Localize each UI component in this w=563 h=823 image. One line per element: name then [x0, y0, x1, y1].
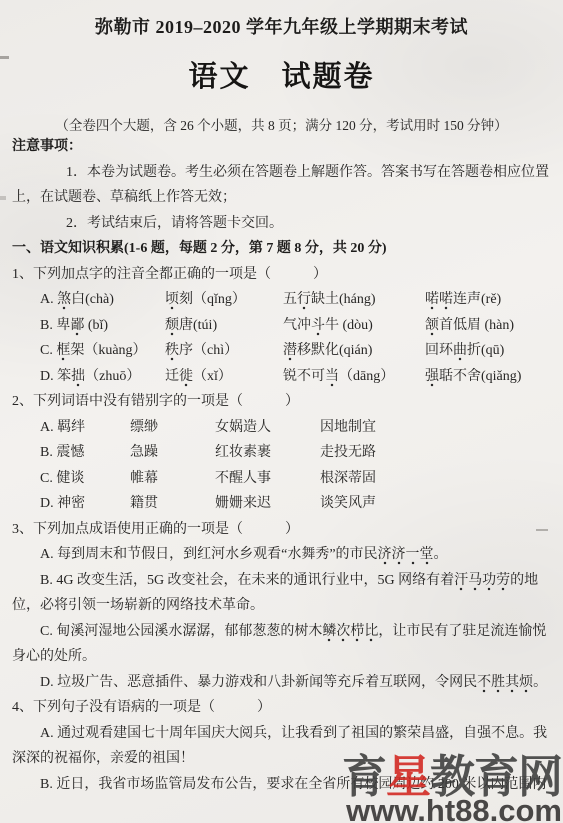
exam-paper-page: 弥勒市 2019–2020 学年九年级上学期期末考试 语文 试题卷 （全卷四个大… — [0, 0, 563, 823]
option-cell: 女娲造人 — [215, 415, 320, 441]
watermark-url: www.ht88.com — [342, 795, 562, 823]
q1-option-row-a: A. 煞白(chà) 顷刻（qǐng） 五行缺土(háng) 喏喏连声(rě) — [12, 287, 551, 313]
q3-option-c: C. 甸溪河湿地公园溪水潺潺，郁郁葱葱的树木鳞次栉比，让市民有了驻足流连愉悦身心… — [12, 619, 551, 670]
exam-title: 弥勒市 2019–2020 学年九年级上学期期末考试 — [0, 0, 563, 39]
option-cell: 根深蒂固 — [320, 466, 551, 492]
option-cell: 不醒人事 — [215, 466, 320, 492]
paper-body: 注意事项： 1．本卷为试题卷。考生必须在答题卷上解题作答。答案书写在答题卷相应位… — [0, 134, 563, 797]
q3-option-d: D. 垃圾广告、恶意插件、暴力游戏和八卦新闻等充斥着互联网，令网民不胜其烦。 — [12, 670, 551, 696]
option-cell: A. 煞白(chà) — [40, 287, 165, 313]
option-cell: 帷幕 — [130, 466, 215, 492]
option-cell: 喏喏连声(rě) — [425, 287, 551, 313]
q2-option-row-b: B. 震憾 急躁 红妆素裹 走投无路 — [12, 440, 551, 466]
exam-info-line: （全卷四个大题，含 26 个小题，共 8 页；满分 120 分，考试用时 150… — [0, 114, 563, 134]
option-cell: 强聒不舍(qiǎng) — [425, 364, 551, 390]
scan-artifact — [0, 196, 6, 200]
option-cell: 气冲斗牛 (dòu) — [283, 313, 425, 339]
paper-title: 语文 试题卷 — [0, 54, 563, 95]
option-cell: 缥缈 — [130, 415, 215, 441]
notice-heading: 注意事项： — [12, 134, 551, 160]
option-cell: 颓唐(túi) — [165, 313, 283, 339]
option-cell: 姗姗来迟 — [215, 491, 320, 517]
q2-option-row-c: C. 健谈 帷幕 不醒人事 根深蒂固 — [12, 466, 551, 492]
option-cell: 秩序（chì） — [165, 338, 283, 364]
notice-item-2: 2．考试结束后，请将答题卡交回。 — [12, 211, 551, 237]
scan-artifact — [0, 56, 9, 59]
q2-option-row-a: A. 羁绊 缥缈 女娲造人 因地制宜 — [12, 415, 551, 441]
q3-option-b: B. 4G 改变生活，5G 改变社会，在未来的通讯行业中，5G 网络有着汗马功劳… — [12, 568, 551, 619]
option-cell: 潜移默化(qián) — [283, 338, 425, 364]
option-cell: 颔首低眉 (hàn) — [425, 313, 551, 339]
q1-stem: 1、下列加点字的注音全都正确的一项是（ ） — [12, 262, 551, 288]
option-cell: 因地制宜 — [320, 415, 551, 441]
q1-option-row-d: D. 笨拙（zhuō） 迁徙（xǐ） 锐不可当（dāng） 强聒不舍(qiǎng… — [12, 364, 551, 390]
watermark: 育星教育网 www.ht88.com — [342, 754, 562, 823]
option-cell: 锐不可当（dāng） — [283, 364, 425, 390]
option-cell: D. 神密 — [40, 491, 130, 517]
option-cell: 五行缺土(háng) — [283, 287, 425, 313]
option-cell: C. 框架（kuàng） — [40, 338, 165, 364]
option-cell: B. 卑鄙 (bǐ) — [40, 313, 165, 339]
q3-stem: 3、下列加点成语使用正确的一项是（ ） — [12, 517, 551, 543]
notice-item-1: 1．本卷为试题卷。考生必须在答题卷上解题作答。答案书写在答题卷相应位置上，在试题… — [12, 160, 551, 211]
option-cell: C. 健谈 — [40, 466, 130, 492]
q1-option-row-c: C. 框架（kuàng） 秩序（chì） 潜移默化(qián) 回环曲折(qū) — [12, 338, 551, 364]
scan-artifact — [536, 529, 548, 531]
option-cell: 红妆素裹 — [215, 440, 320, 466]
q2-option-row-d: D. 神密 籍贯 姗姗来迟 谈笑风声 — [12, 491, 551, 517]
q3-option-a: A. 每到周末和节假日，到红河水乡观看“水舞秀”的市民济济一堂。 — [12, 542, 551, 568]
option-cell: 迁徙（xǐ） — [165, 364, 283, 390]
q1-option-row-b: B. 卑鄙 (bǐ) 颓唐(túi) 气冲斗牛 (dòu) 颔首低眉 (hàn) — [12, 313, 551, 339]
option-cell: 谈笑风声 — [320, 491, 551, 517]
option-cell: 籍贯 — [130, 491, 215, 517]
option-cell: 走投无路 — [320, 440, 551, 466]
q4-stem: 4、下列句子没有语病的一项是（ ） — [12, 695, 551, 721]
q2-stem: 2、下列词语中没有错别字的一项是（ ） — [12, 389, 551, 415]
option-cell: D. 笨拙（zhuō） — [40, 364, 165, 390]
section-1-heading: 一、语文知识积累(1-6 题，每题 2 分，第 7 题 8 分，共 20 分) — [12, 236, 551, 262]
option-cell: 急躁 — [130, 440, 215, 466]
option-cell: 回环曲折(qū) — [425, 338, 551, 364]
option-cell: B. 震憾 — [40, 440, 130, 466]
option-cell: A. 羁绊 — [40, 415, 130, 441]
option-cell: 顷刻（qǐng） — [165, 287, 283, 313]
